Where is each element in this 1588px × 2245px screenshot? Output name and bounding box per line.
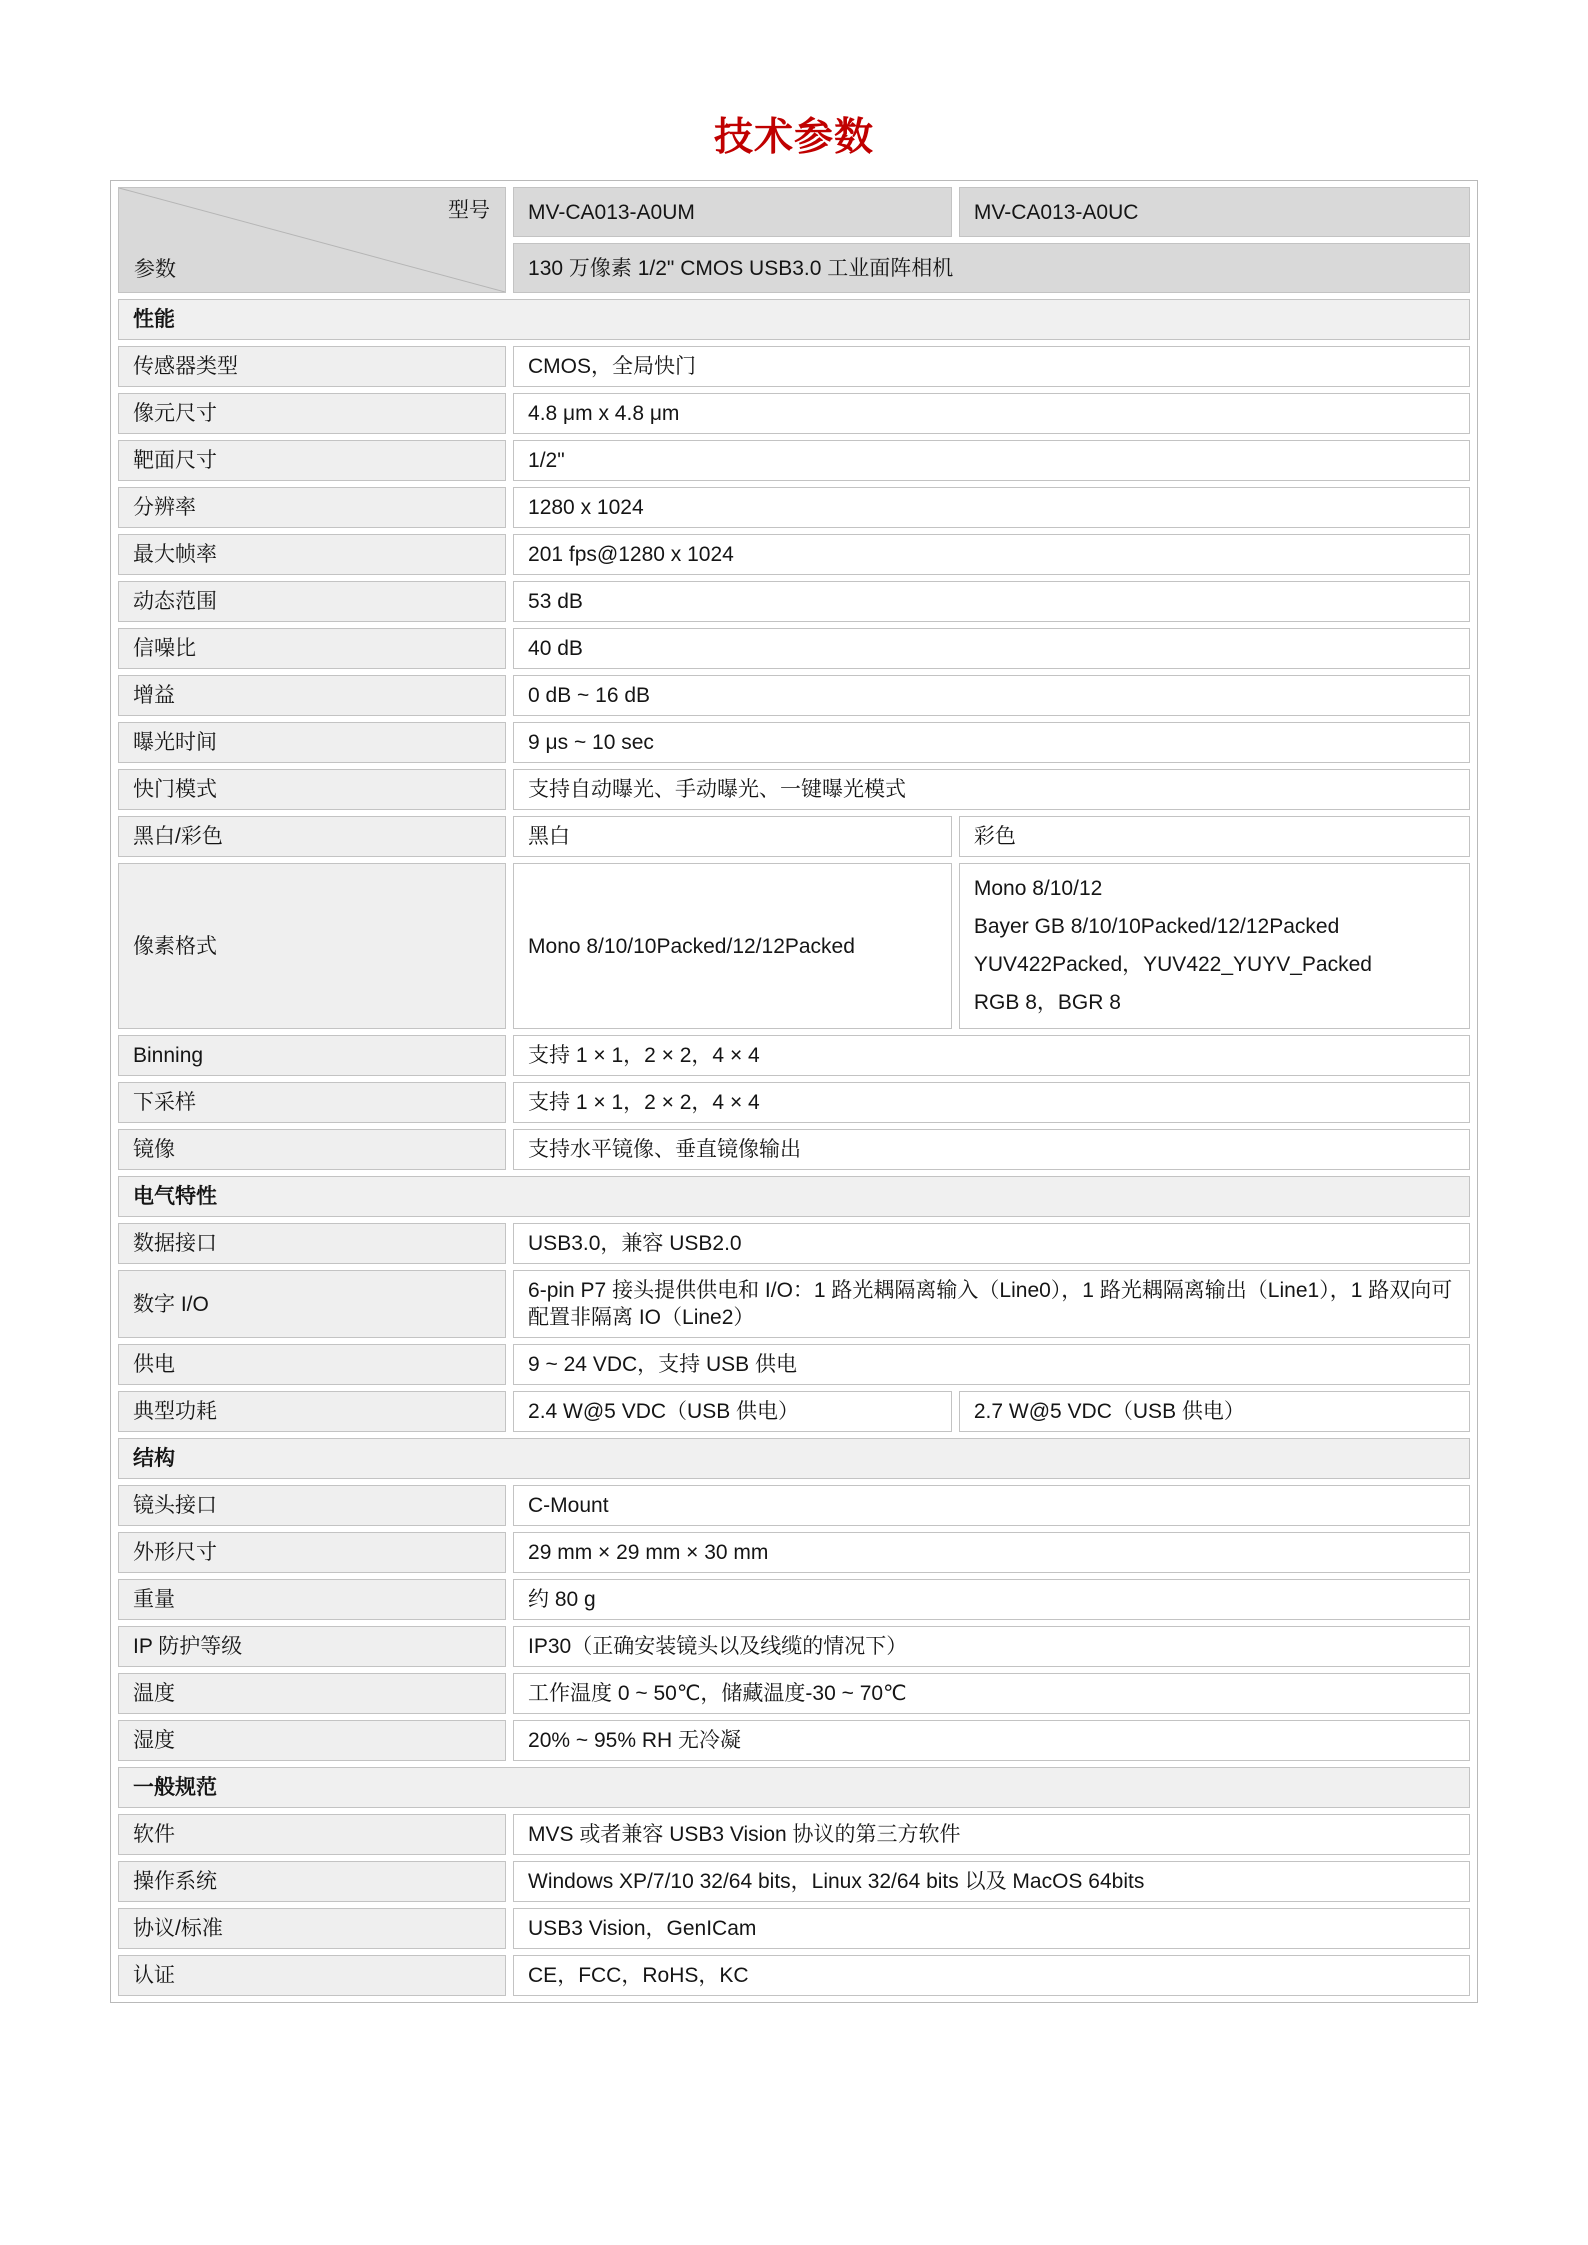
row-value: 支持 1 × 1，2 × 2，4 × 4: [513, 1035, 1470, 1076]
spec-table: 型号 参数 MV-CA013-A0UM MV-CA013-A0UC 130 万像…: [111, 181, 1477, 2002]
value-line: Mono 8/10/12: [974, 870, 1455, 908]
row-value: 4.8 μm x 4.8 μm: [513, 393, 1470, 434]
row-label: 最大帧率: [118, 534, 506, 575]
row-value: 2.7 W@5 VDC（USB 供电）: [959, 1391, 1470, 1432]
row-label: 动态范围: [118, 581, 506, 622]
section-header: 结构: [118, 1438, 1470, 1479]
row-label: 快门模式: [118, 769, 506, 810]
spec-row: 像素格式Mono 8/10/10Packed/12/12PackedMono 8…: [118, 863, 1470, 1029]
row-value: 9 ~ 24 VDC，支持 USB 供电: [513, 1344, 1470, 1385]
spec-row: 快门模式支持自动曝光、手动曝光、一键曝光模式: [118, 769, 1470, 810]
spec-row: 靶面尺寸1/2": [118, 440, 1470, 481]
row-value: 40 dB: [513, 628, 1470, 669]
row-value: 支持自动曝光、手动曝光、一键曝光模式: [513, 769, 1470, 810]
section-row: 结构: [118, 1438, 1470, 1479]
spec-sheet-page: 技术参数 型号 参数 MV-CA013-A0UM MV: [0, 0, 1588, 2245]
value-line: Bayer GB 8/10/10Packed/12/12Packed: [974, 908, 1455, 946]
section-row: 一般规范: [118, 1767, 1470, 1808]
row-value: C-Mount: [513, 1485, 1470, 1526]
row-value: 黑白: [513, 816, 952, 857]
row-label: 像素格式: [118, 863, 506, 1029]
spec-row: 镜头接口C-Mount: [118, 1485, 1470, 1526]
row-value: 1280 x 1024: [513, 487, 1470, 528]
row-value: Mono 8/10/12Bayer GB 8/10/10Packed/12/12…: [959, 863, 1470, 1029]
corner-cell: 型号 参数: [118, 187, 506, 293]
row-label: 湿度: [118, 1720, 506, 1761]
value-line: RGB 8，BGR 8: [974, 984, 1455, 1022]
row-label: 镜像: [118, 1129, 506, 1170]
spec-row: 软件MVS 或者兼容 USB3 Vision 协议的第三方软件: [118, 1814, 1470, 1855]
row-value: USB3 Vision，GenICam: [513, 1908, 1470, 1949]
corner-label-param: 参数: [134, 256, 176, 283]
row-value: 29 mm × 29 mm × 30 mm: [513, 1532, 1470, 1573]
spec-row: 分辨率1280 x 1024: [118, 487, 1470, 528]
spec-row: 数据接口USB3.0，兼容 USB2.0: [118, 1223, 1470, 1264]
row-value: 9 μs ~ 10 sec: [513, 722, 1470, 763]
row-value: 支持水平镜像、垂直镜像输出: [513, 1129, 1470, 1170]
spec-row: 外形尺寸29 mm × 29 mm × 30 mm: [118, 1532, 1470, 1573]
spec-row: 曝光时间9 μs ~ 10 sec: [118, 722, 1470, 763]
row-value: MVS 或者兼容 USB3 Vision 协议的第三方软件: [513, 1814, 1470, 1855]
row-value: CE，FCC，RoHS，KC: [513, 1955, 1470, 1996]
row-label: 靶面尺寸: [118, 440, 506, 481]
row-value: USB3.0，兼容 USB2.0: [513, 1223, 1470, 1264]
spec-row: 动态范围53 dB: [118, 581, 1470, 622]
model-name-right: MV-CA013-A0UC: [959, 187, 1470, 237]
spec-row: 黑白/彩色黑白彩色: [118, 816, 1470, 857]
spec-row: 数字 I/O6-pin P7 接头提供供电和 I/O：1 路光耦隔离输入（Lin…: [118, 1270, 1470, 1338]
model-header-row: 型号 参数 MV-CA013-A0UM MV-CA013-A0UC: [118, 187, 1470, 237]
row-value: 彩色: [959, 816, 1470, 857]
row-label: 供电: [118, 1344, 506, 1385]
spec-row: Binning支持 1 × 1，2 × 2，4 × 4: [118, 1035, 1470, 1076]
spec-row: IP 防护等级IP30（正确安装镜头以及线缆的情况下）: [118, 1626, 1470, 1667]
row-label: 下采样: [118, 1082, 506, 1123]
spec-row: 增益0 dB ~ 16 dB: [118, 675, 1470, 716]
page-title: 技术参数: [0, 0, 1588, 162]
row-label: 数据接口: [118, 1223, 506, 1264]
section-header: 电气特性: [118, 1176, 1470, 1217]
spec-row: 温度工作温度 0 ~ 50℃，储藏温度-30 ~ 70℃: [118, 1673, 1470, 1714]
row-label: 温度: [118, 1673, 506, 1714]
spec-row: 协议/标准USB3 Vision，GenICam: [118, 1908, 1470, 1949]
row-value: 201 fps@1280 x 1024: [513, 534, 1470, 575]
row-label: 重量: [118, 1579, 506, 1620]
row-value: IP30（正确安装镜头以及线缆的情况下）: [513, 1626, 1470, 1667]
row-label: 镜头接口: [118, 1485, 506, 1526]
spec-row: 镜像支持水平镜像、垂直镜像输出: [118, 1129, 1470, 1170]
spec-table-frame: 型号 参数 MV-CA013-A0UM MV-CA013-A0UC 130 万像…: [110, 180, 1478, 2003]
spec-row: 湿度20% ~ 95% RH 无冷凝: [118, 1720, 1470, 1761]
row-value: 工作温度 0 ~ 50℃，储藏温度-30 ~ 70℃: [513, 1673, 1470, 1714]
row-label: 外形尺寸: [118, 1532, 506, 1573]
row-value: Windows XP/7/10 32/64 bits，Linux 32/64 b…: [513, 1861, 1470, 1902]
row-label: 协议/标准: [118, 1908, 506, 1949]
spec-row: 供电9 ~ 24 VDC，支持 USB 供电: [118, 1344, 1470, 1385]
row-value: 53 dB: [513, 581, 1470, 622]
spec-row: 最大帧率201 fps@1280 x 1024: [118, 534, 1470, 575]
section-header: 一般规范: [118, 1767, 1470, 1808]
row-value: CMOS，全局快门: [513, 346, 1470, 387]
model-description-cell: 130 万像素 1/2" CMOS USB3.0 工业面阵相机: [513, 243, 1470, 293]
row-value: Mono 8/10/10Packed/12/12Packed: [513, 863, 952, 1029]
row-label: 认证: [118, 1955, 506, 1996]
spec-row: 像元尺寸4.8 μm x 4.8 μm: [118, 393, 1470, 434]
row-value: 20% ~ 95% RH 无冷凝: [513, 1720, 1470, 1761]
row-value: 支持 1 × 1，2 × 2，4 × 4: [513, 1082, 1470, 1123]
spec-row: 操作系统Windows XP/7/10 32/64 bits，Linux 32/…: [118, 1861, 1470, 1902]
row-value: 1/2": [513, 440, 1470, 481]
row-label: 数字 I/O: [118, 1270, 506, 1338]
value-line: YUV422Packed，YUV422_YUYV_Packed: [974, 946, 1455, 984]
row-label: 黑白/彩色: [118, 816, 506, 857]
spec-row: 认证CE，FCC，RoHS，KC: [118, 1955, 1470, 1996]
section-header: 性能: [118, 299, 1470, 340]
spec-row: 重量约 80 g: [118, 1579, 1470, 1620]
section-row: 电气特性: [118, 1176, 1470, 1217]
row-value: 6-pin P7 接头提供供电和 I/O：1 路光耦隔离输入（Line0），1 …: [513, 1270, 1470, 1338]
row-label: 操作系统: [118, 1861, 506, 1902]
row-label: 软件: [118, 1814, 506, 1855]
row-value: 0 dB ~ 16 dB: [513, 675, 1470, 716]
spec-row: 信噪比40 dB: [118, 628, 1470, 669]
row-label: 曝光时间: [118, 722, 506, 763]
row-label: 传感器类型: [118, 346, 506, 387]
row-label: 典型功耗: [118, 1391, 506, 1432]
row-label: 像元尺寸: [118, 393, 506, 434]
row-value: 约 80 g: [513, 1579, 1470, 1620]
spec-row: 传感器类型CMOS，全局快门: [118, 346, 1470, 387]
row-label: Binning: [118, 1035, 506, 1076]
row-label: 分辨率: [118, 487, 506, 528]
model-name-left: MV-CA013-A0UM: [513, 187, 952, 237]
spec-row: 典型功耗2.4 W@5 VDC（USB 供电）2.7 W@5 VDC（USB 供…: [118, 1391, 1470, 1432]
corner-label-model: 型号: [448, 197, 490, 224]
row-label: 信噪比: [118, 628, 506, 669]
section-row: 性能: [118, 299, 1470, 340]
row-label: 增益: [118, 675, 506, 716]
spec-row: 下采样支持 1 × 1，2 × 2，4 × 4: [118, 1082, 1470, 1123]
row-value: 2.4 W@5 VDC（USB 供电）: [513, 1391, 952, 1432]
row-label: IP 防护等级: [118, 1626, 506, 1667]
